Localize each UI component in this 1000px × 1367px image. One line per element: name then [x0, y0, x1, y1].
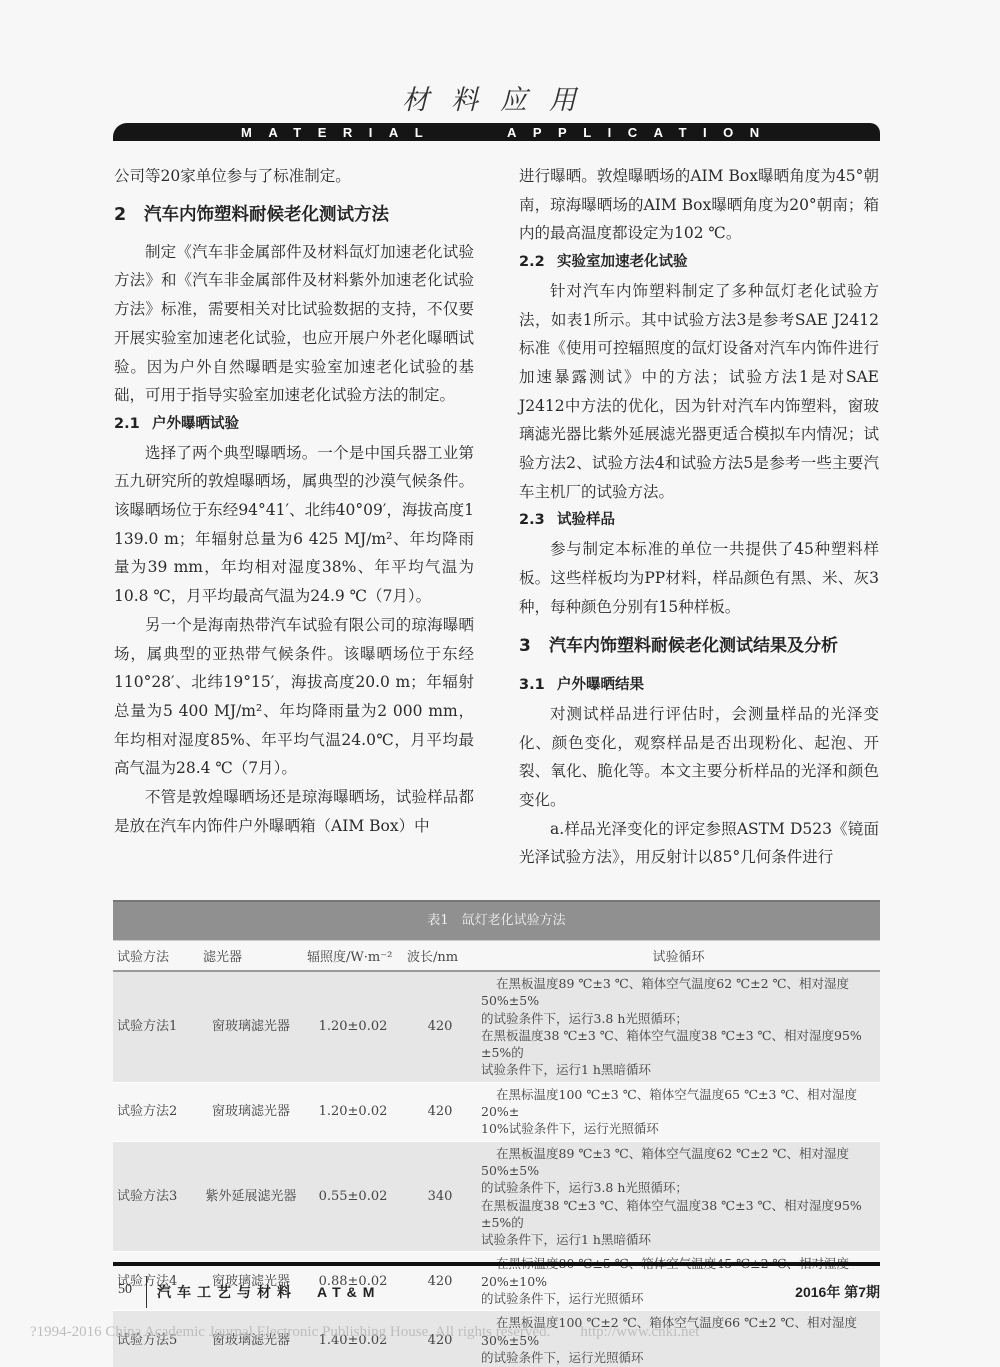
- cell-wavelength: 420: [403, 1082, 477, 1141]
- header-filter: 滤光器: [199, 941, 303, 972]
- journal-name: 汽车工艺与材料 AT&M: [157, 1282, 380, 1302]
- issue-label: 2016年 第7期: [795, 1282, 880, 1302]
- right-column: 进行曝晒。敦煌曝晒场的AIM Box曝晒角度为45°朝南，琼海曝晒场的AIM B…: [519, 162, 879, 872]
- table-header-row: 试验方法 滤光器 辐照度/W·m⁻² 波长/nm 试验循环: [113, 941, 880, 972]
- page-footer: 50 汽车工艺与材料 AT&M 2016年 第7期: [113, 1280, 880, 1306]
- section-title: 材料应用: [0, 78, 1000, 117]
- page-number: 50: [118, 1282, 132, 1298]
- section-heading-3-1: 3.1户外曝晒结果: [519, 671, 879, 700]
- paragraph: 选择了两个典型曝晒场。一个是中国兵器工业第五九研究所的敦煌曝晒场，属典型的沙漠气…: [114, 439, 474, 611]
- header-irradiance: 辐照度/W·m⁻²: [303, 941, 403, 972]
- table-caption: 表1 氙灯老化试验方法: [113, 900, 880, 940]
- left-column: 公司等20家单位参与了标准制定。 2汽车内饰塑料耐候老化测试方法 制定《汽车非金…: [114, 162, 474, 840]
- section-heading-2-1: 2.1户外曝晒试验: [114, 410, 474, 439]
- cell-filter: 紫外延展滤光器: [199, 1141, 303, 1252]
- section-heading-2-2: 2.2实验室加速老化试验: [519, 248, 879, 277]
- paragraph: 针对汽车内饰塑料制定了多种氙灯老化试验方法，如表1所示。其中试验方法3是参考SA…: [519, 277, 879, 507]
- section-heading-3: 3汽车内饰塑料耐候老化测试结果及分析: [519, 631, 879, 661]
- paragraph: 进行曝晒。敦煌曝晒场的AIM Box曝晒角度为45°朝南，琼海曝晒场的AIM B…: [519, 162, 879, 248]
- table-row: 试验方法2 窗玻璃滤光器 1.20±0.02 420 在黑标温度100 ℃±3 …: [113, 1082, 880, 1141]
- cell-method: 试验方法1: [113, 971, 199, 1082]
- cell-cycle: 在黑板温度89 ℃±3 ℃、箱体空气温度62 ℃±2 ℃、相对湿度50%±5% …: [477, 971, 880, 1082]
- header-cycle: 试验循环: [477, 941, 880, 972]
- cell-cycle: 在黑板温度89 ℃±3 ℃、箱体空气温度62 ℃±2 ℃、相对湿度50%±5% …: [477, 1141, 880, 1252]
- section-heading-2-3: 2.3试验样品: [519, 506, 879, 535]
- cell-wavelength: 340: [403, 1141, 477, 1252]
- cell-irradiance: 0.55±0.02: [303, 1141, 403, 1252]
- section-banner: MATERIAL APPLICATION: [113, 123, 880, 141]
- header-wavelength: 波长/nm: [403, 941, 477, 972]
- footer-rule: [113, 1262, 880, 1266]
- paragraph: 参与制定本标准的单位一共提供了45种塑料样板。这些样板均为PP材料，样品颜色有黑…: [519, 535, 879, 621]
- paragraph: 另一个是海南热带汽车试验有限公司的琼海曝晒场，属典型的亚热带气候条件。该曝晒场位…: [114, 611, 474, 783]
- cell-wavelength: 420: [403, 971, 477, 1082]
- header-method: 试验方法: [113, 941, 199, 972]
- paragraph: a.样品光泽变化的评定参照ASTM D523《镜面光泽试验方法》，用反射计以85…: [519, 815, 879, 872]
- paragraph: 对测试样品进行评估时，会测量样品的光泽变化、颜色变化，观察样品是否出现粉化、起泡…: [519, 700, 879, 815]
- table-row: 试验方法3 紫外延展滤光器 0.55±0.02 340 在黑板温度89 ℃±3 …: [113, 1141, 880, 1252]
- cell-cycle: 在黑标温度100 ℃±3 ℃、箱体空气温度65 ℃±3 ℃、相对湿度20%± 1…: [477, 1082, 880, 1141]
- cell-method: 试验方法2: [113, 1082, 199, 1141]
- cell-method: 试验方法3: [113, 1141, 199, 1252]
- paragraph: 公司等20家单位参与了标准制定。: [114, 162, 474, 191]
- banner-right-text: APPLICATION: [507, 123, 776, 142]
- copyright-notice: ?1994-2016 China Academic Journal Electr…: [30, 1320, 699, 1341]
- cell-filter: 窗玻璃滤光器: [199, 971, 303, 1082]
- paragraph: 制定《汽车非金属部件及材料氙灯加速老化试验方法》和《汽车非金属部件及材料紫外加速…: [114, 238, 474, 410]
- cell-filter: 窗玻璃滤光器: [199, 1082, 303, 1141]
- section-heading-2: 2汽车内饰塑料耐候老化测试方法: [114, 200, 474, 230]
- paragraph: 不管是敦煌曝晒场还是琼海曝晒场，试验样品都是放在汽车内饰件户外曝晒箱（AIM B…: [114, 783, 474, 840]
- banner-left-text: MATERIAL: [241, 123, 439, 142]
- footer-divider: [146, 1276, 147, 1308]
- table-row: 试验方法1 窗玻璃滤光器 1.20±0.02 420 在黑板温度89 ℃±3 ℃…: [113, 971, 880, 1082]
- cell-irradiance: 1.20±0.02: [303, 1082, 403, 1141]
- cell-irradiance: 1.20±0.02: [303, 971, 403, 1082]
